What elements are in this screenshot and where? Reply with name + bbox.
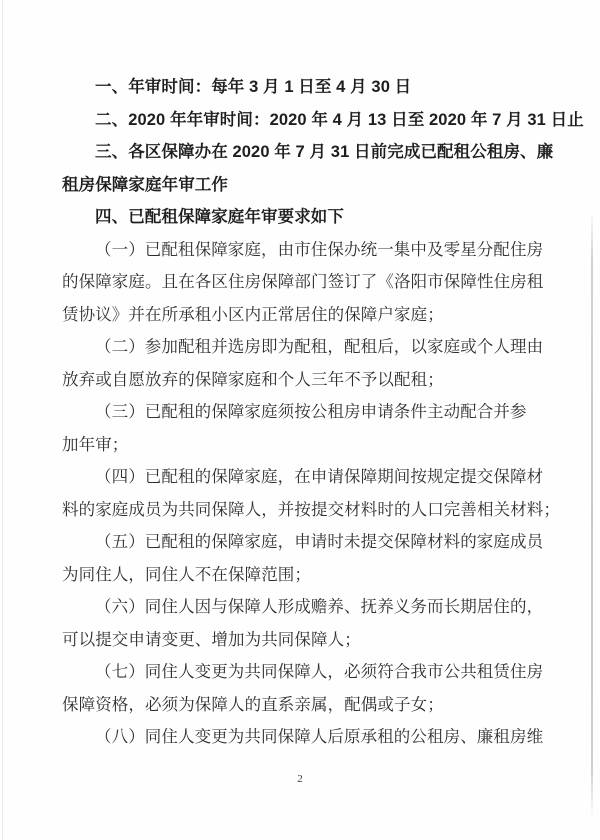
page-scan-edge-left <box>2 0 3 840</box>
body-line: （四）已配租的保障家庭，在申请保障期间按规定提交保障材 <box>62 461 544 494</box>
heading-line: 二、2020 年年审时间：2020 年 4 月 13 日至 2020 年 7 月… <box>62 104 544 137</box>
page-scan-edge-right <box>591 210 593 818</box>
body-line: 放弃或自愿放弃的保障家庭和个人三年不予以配租； <box>62 364 544 397</box>
body-line: 的保障家庭。且在各区住房保障部门签订了《洛阳市保障性住房租 <box>62 266 544 299</box>
body-line: 赁协议》并在所承租小区内正常居住的保障户家庭； <box>62 299 544 332</box>
body-line: （八）同住人变更为共同保障人后原承租的公租房、廉租房维 <box>62 721 544 754</box>
text-block: 一、年审时间：每年 3 月 1 日至 4 月 30 日二、2020 年年审时间：… <box>62 71 544 754</box>
body-line: （一）已配租保障家庭，由市住保办统一集中及零星分配住房 <box>62 234 544 267</box>
body-line: （五）已配租的保障家庭，申请时未提交保障材料的家庭成员 <box>62 526 544 559</box>
heading-line: 租房保障家庭年审工作 <box>62 169 544 202</box>
body-line: 为同住人，同住人不在保障范围； <box>62 559 544 592</box>
body-line: （三）已配租的保障家庭须按公租房申请条件主动配合并参 <box>62 396 544 429</box>
body-line: （六）同住人因与保障人形成赡养、抚养义务而长期居住的， <box>62 591 544 624</box>
document-page: 一、年审时间：每年 3 月 1 日至 4 月 30 日二、2020 年年审时间：… <box>0 0 600 840</box>
page-number: 2 <box>0 771 600 787</box>
heading-line: 三、各区保障办在 2020 年 7 月 31 日前完成已配租公租房、廉 <box>62 136 544 169</box>
body-line: 可以提交申请变更、增加为共同保障人； <box>62 624 544 657</box>
heading-line: 一、年审时间：每年 3 月 1 日至 4 月 30 日 <box>62 71 544 104</box>
body-line: 加年审； <box>62 429 544 462</box>
body-line: （二）参加配租并选房即为配租，配租后，以家庭或个人理由 <box>62 331 544 364</box>
body-line: （七）同住人变更为共同保障人，必须符合我市公共租赁住房 <box>62 656 544 689</box>
body-line: 料的家庭成员为共同保障人，并按提交材料时的人口完善相关材料； <box>62 494 544 527</box>
body-line: 保障资格，必须为保障人的直系亲属，配偶或子女； <box>62 689 544 722</box>
heading-line: 四、已配租保障家庭年审要求如下 <box>62 201 544 234</box>
